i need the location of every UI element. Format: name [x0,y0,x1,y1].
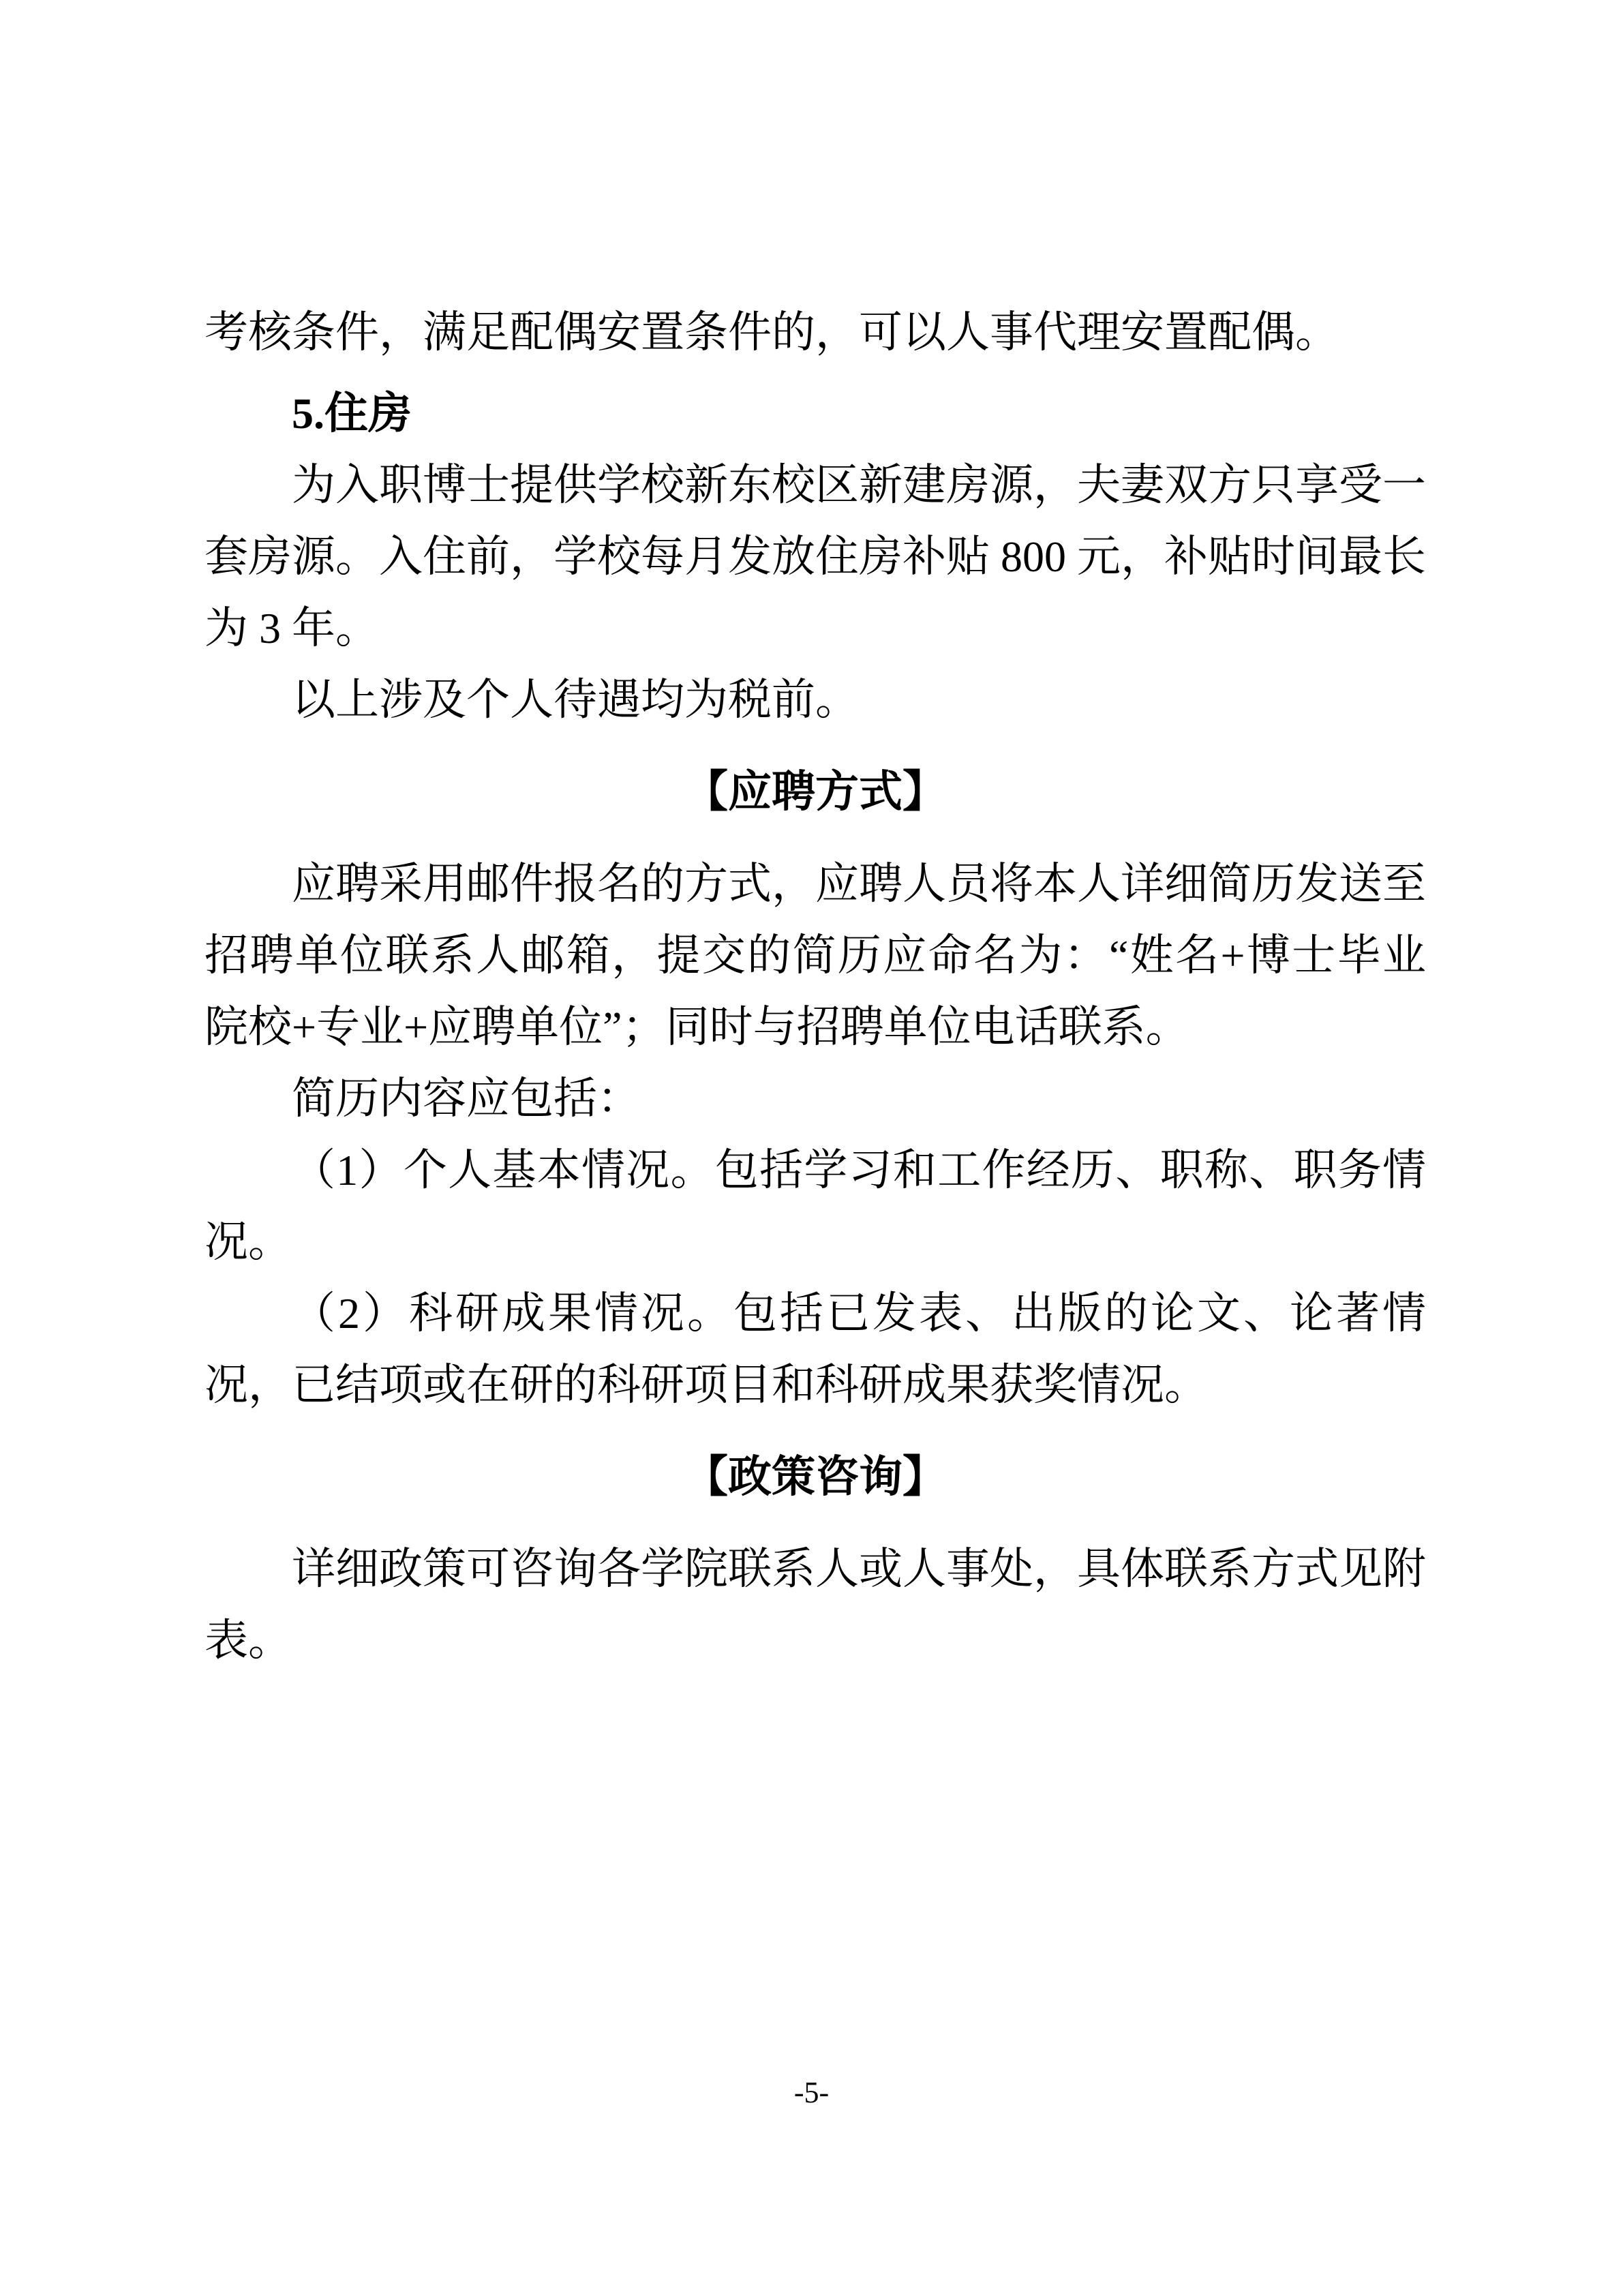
paragraph-pretax-note: 以上涉及个人待遇均为税前。 [204,664,1426,736]
page-number: -5- [0,2074,1623,2112]
paragraph-spouse-placement: 考核条件，满足配偶安置条件的，可以人事代理安置配偶。 [204,297,1426,368]
paragraph-resume-item-2: （2）科研成果情况。包括已发表、出版的论文、论著情况，已结项或在研的科研项目和科… [204,1278,1426,1421]
heading-application-method: 【应聘方式】 [204,756,1426,828]
paragraph-resume-item-1: （1）个人基本情况。包括学习和工作经历、职称、职务情况。 [204,1134,1426,1278]
paragraph-policy-consultation: 详细政策可咨询各学院联系人或人事处，具体联系方式见附表。 [204,1533,1426,1676]
heading-policy-consultation: 【政策咨询】 [204,1441,1426,1513]
document-body: 考核条件，满足配偶安置条件的，可以人事代理安置配偶。 5.住房 为入职博士提供学… [204,297,1426,1676]
paragraph-application-method: 应聘采用邮件报名的方式，应聘人员将本人详细简历发送至招聘单位联系人邮箱，提交的简… [204,848,1426,1063]
paragraph-resume-intro: 简历内容应包括： [204,1063,1426,1134]
heading-housing: 5.住房 [204,378,1426,449]
document-page: 考核条件，满足配偶安置条件的，可以人事代理安置配偶。 5.住房 为入职博士提供学… [0,0,1623,2296]
paragraph-housing-benefit: 为入职博士提供学校新东校区新建房源，夫妻双方只享受一套房源。入住前，学校每月发放… [204,449,1426,664]
